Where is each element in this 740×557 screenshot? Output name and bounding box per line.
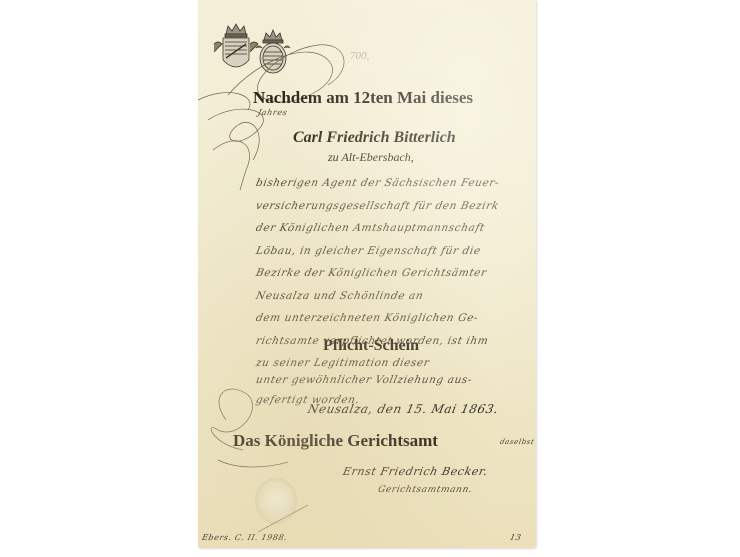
recipient-name: Carl Friedrich Bitterlich xyxy=(293,129,456,147)
body-line: Bezirke der Königlichen Gerichtsämter xyxy=(254,262,502,285)
body-line: Neusalza und Schönlinde an xyxy=(254,285,502,308)
signature: Ernst Friedrich Becker. xyxy=(342,465,489,478)
body-line: der Königlichen Amtshauptmannschaft xyxy=(254,217,502,240)
embossed-seal-icon xyxy=(255,478,297,524)
recipient-place: zu Alt-Ebersbach, xyxy=(328,150,414,165)
body-line: versicherungsgesellschaft für den Bezirk xyxy=(254,195,502,218)
authority-suffix: daselbst xyxy=(499,438,535,446)
archive-reference: Ebers. C. II. 1988. xyxy=(201,533,288,542)
date-line: Neusalza, den 15. Mai 1863. xyxy=(307,402,500,416)
body-line: dem unterzeichneten Königlichen Ge- xyxy=(254,307,502,330)
document-paper: 700, Nachdem am 12ten Mai dieses Jahres … xyxy=(198,0,536,548)
closing-line: unter gewöhnlicher Vollziehung aus- xyxy=(254,370,474,390)
body-line: bisherigen Agent der Sächsischen Feuer- xyxy=(254,172,502,195)
issuing-authority: Das Königliche Gerichtsamt xyxy=(233,431,438,451)
page-number: 13 xyxy=(509,533,522,542)
opening-line-2: Jahres xyxy=(257,108,288,117)
document-title: Pflicht-Schein xyxy=(323,337,419,355)
body-line: Löbau, in gleicher Eigenschaft für die xyxy=(254,240,502,263)
pencil-note: 700, xyxy=(350,50,369,62)
coat-of-arms-icon xyxy=(206,22,298,84)
signature-title: Gerichtsamtmann. xyxy=(377,485,473,495)
opening-line: Nachdem am 12ten Mai dieses xyxy=(253,88,473,108)
